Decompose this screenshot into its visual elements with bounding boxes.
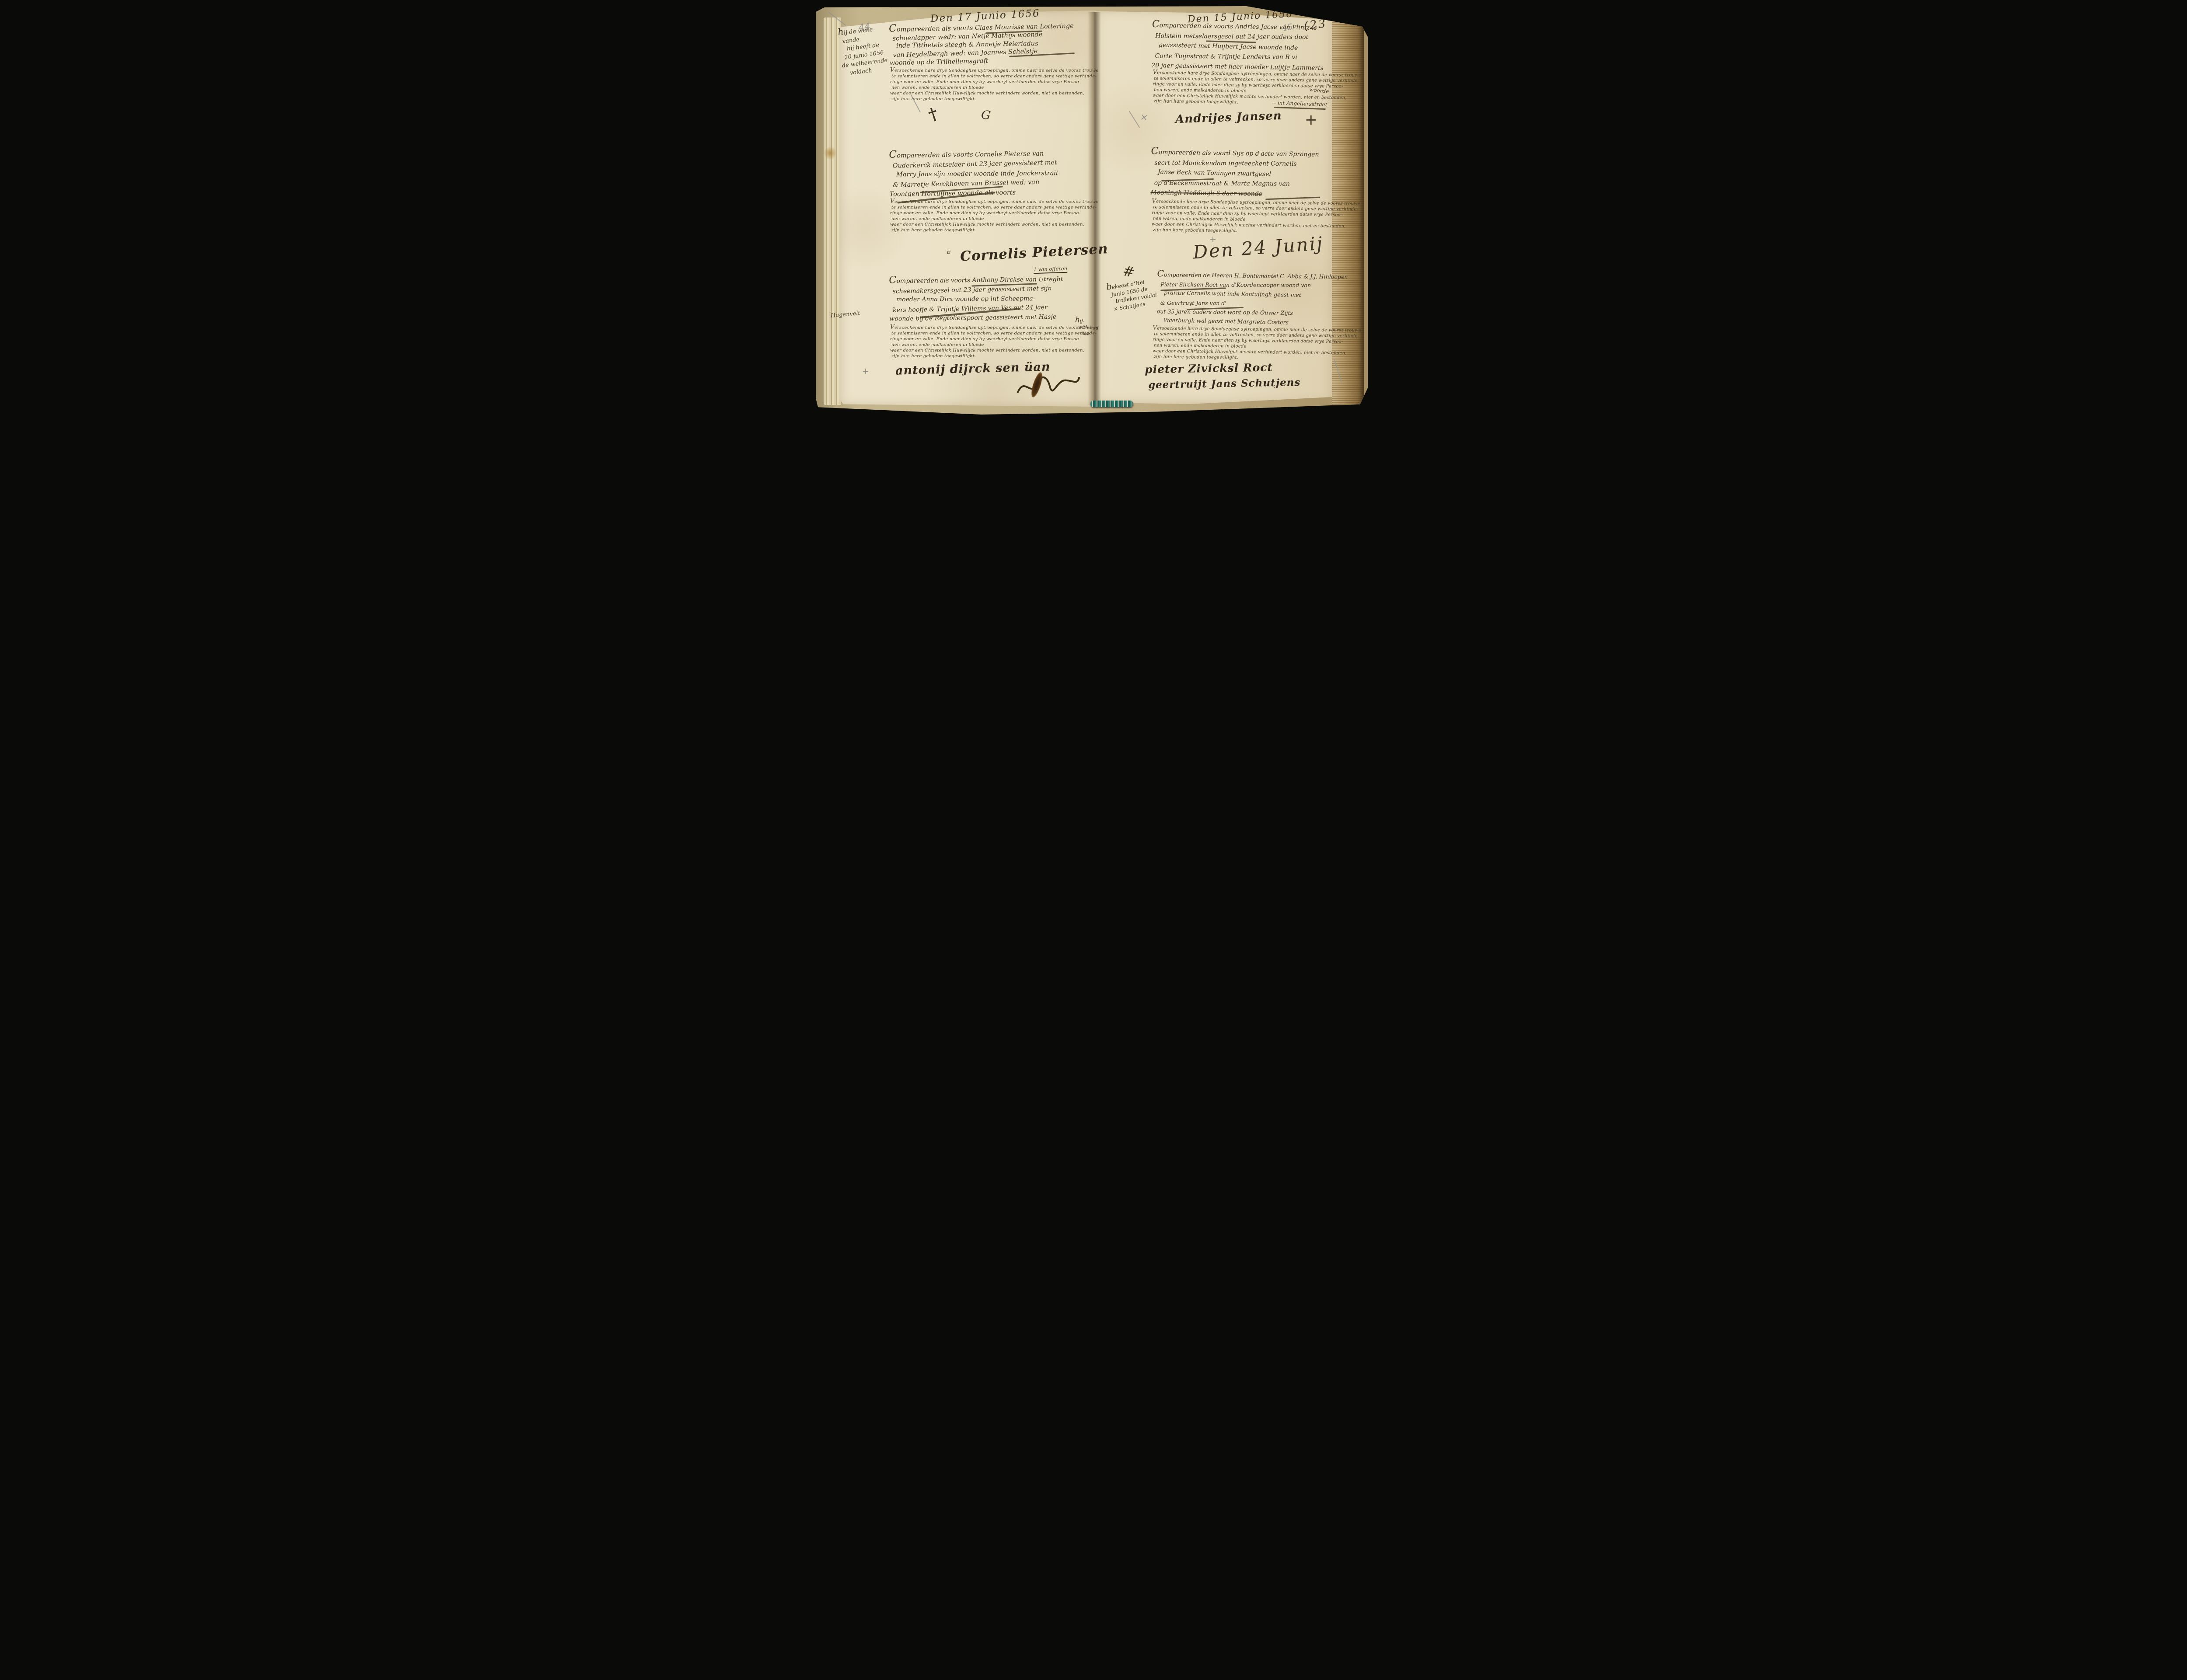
teal-endband — [1090, 401, 1133, 407]
hand-line: waer door een Christelijck Huwelijck moc… — [890, 91, 1099, 96]
left-entry2-body: Compareerden als voorts Cornelis Pieters… — [889, 148, 1054, 199]
g-flourish-mark: G — [980, 108, 992, 123]
hand-line: nen waren, ende malkanderen in bloede — [891, 216, 1100, 222]
left-entry3-body: Compareerden als voorts Anthony Dirckse … — [889, 275, 1063, 324]
hand-line: nen waren, ende malkanderen in bloede — [891, 342, 1100, 348]
left-entry2-formula: Versoeckende hare drye Sondaeghse uytroe… — [890, 199, 1099, 233]
hand-line: ringe voor en valle. Ende naer dien sy b… — [890, 79, 1099, 85]
hand-line: te solemniseren ende in allen te voltrec… — [891, 331, 1100, 336]
pencil-x-mark: × — [1139, 112, 1149, 123]
left-entry1-formula: Versoeckende hare drye Sondaeghse uytroe… — [890, 67, 1099, 102]
hand-line: te solemniseren ende in allen te voltrec… — [891, 205, 1100, 210]
hand-line: ringe voor en valle. Ende naer dien sy b… — [890, 210, 1099, 216]
ti-annotation: ti — [947, 249, 951, 255]
ink-plus-mark: + — [1305, 111, 1317, 129]
hand-line: zijn hun hare geboden toegewillight. — [891, 227, 1100, 233]
hand-line: & Geertruyt Jans van d' — [1160, 298, 1351, 308]
hand-line: ringe voor en valle. Ende naer dien sy b… — [890, 336, 1099, 342]
signature-flourish-illegible — [1013, 368, 1083, 403]
pencil-plus-mark-2: + — [862, 366, 869, 376]
right-entry1-formula: Versoeckende hare drye Sondaeghse uytroe… — [1153, 70, 1362, 107]
hand-line: zijn hun hare geboden toegewillight. — [891, 353, 1100, 359]
cover-stain — [824, 145, 836, 161]
right-entry2-body: Compareerden als voord Sijs op d'acte va… — [1150, 147, 1319, 200]
right-entry2-formula: Versoeckende hare drye Sondaeghse uytroe… — [1152, 199, 1360, 235]
right-entry3-margin-note: bekeest d'HeiJunio 1656 detrolleken vold… — [1106, 278, 1151, 313]
right-entry3-formula: Versoeckende hare drye Sondaeghse uytroe… — [1153, 325, 1361, 362]
hand-line: waer door een Christelijck Huwelijck moc… — [890, 348, 1099, 353]
hand-line: nen waren, ende malkanderen in bloede — [891, 85, 1100, 91]
left-entry3-formula: Versoeckende hare drye Sondaeghse uytroe… — [890, 324, 1099, 359]
hand-line: Corte Tuijnstraat & Trijntje Lenderts va… — [1155, 51, 1328, 63]
left-entry3-right-margin: hij-with hadnon — [1074, 317, 1096, 337]
signature-pieter-sircksen-roct: pieter Zivicksl Roct — [1145, 361, 1273, 376]
right-entry3-body: Compareerden de Heeren H. Bontemantel C.… — [1156, 270, 1348, 327]
hand-line: Versoeckende hare drye Sondaeghse uytroe… — [890, 324, 1099, 331]
left-cover-leaf-edges — [824, 17, 841, 405]
left-entry1-margin-note: hij de wekevandehij heeft de20 junio 165… — [838, 24, 889, 78]
right-entry1-body: Compareerden als voorts Andries Jacse va… — [1151, 21, 1324, 73]
left-entry1-body: Compareerden als voorts Claes Mourisse v… — [889, 21, 1074, 68]
hand-line: te solemniseren ende in allen te voltrec… — [891, 73, 1100, 79]
hand-line: Versoeckende hare drye Sondaeghse uytroe… — [890, 67, 1099, 73]
book: 44 Den 17 Junio 1656 hij de wekevandehij… — [816, 6, 1368, 415]
signature-note: 1 van offeron — [1034, 265, 1068, 274]
manuscript-scan: 44 Den 17 Junio 1656 hij de wekevandehij… — [811, 0, 1376, 420]
hand-line: zijn hun hare geboden toegewillight. — [891, 96, 1100, 102]
hand-line: waer door een Christelijck Huwelijck moc… — [890, 222, 1099, 227]
